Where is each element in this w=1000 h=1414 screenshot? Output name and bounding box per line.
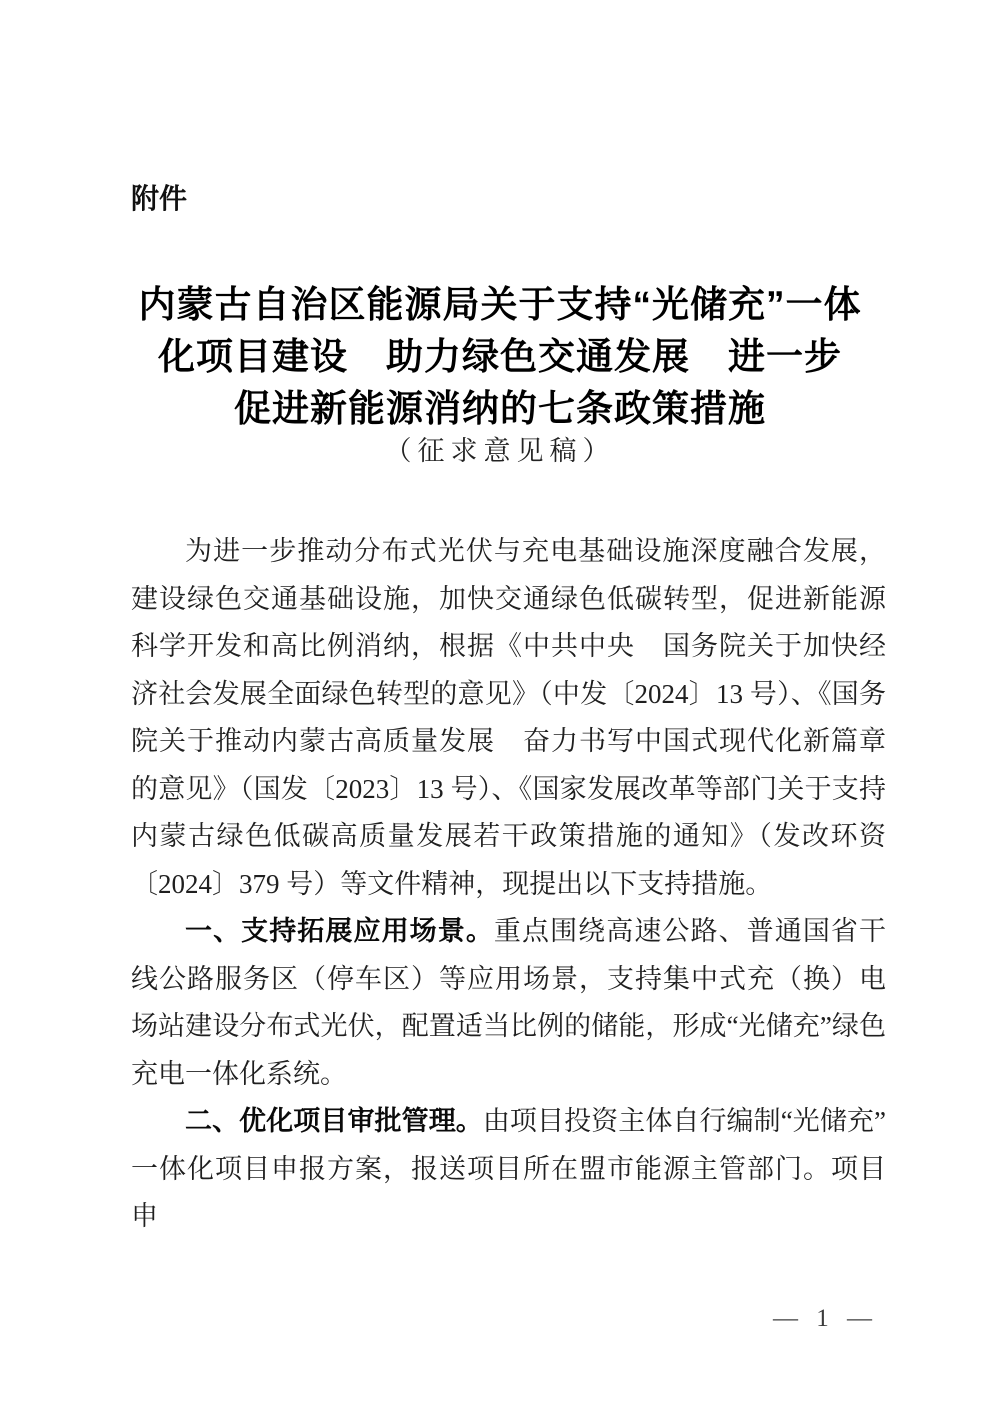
- title-line-3: 促进新能源消纳的七条政策措施: [60, 383, 940, 435]
- paragraph-item-2-lead: 二、优化项目审批管理。: [185, 1106, 483, 1136]
- page-number: — 1 —: [773, 1305, 878, 1333]
- title-line-1: 内蒙古自治区能源局关于支持“光储充”一体: [60, 279, 940, 331]
- document-body: 为进一步推动分布式光伏与充电基础设施深度融合发展，建设绿色交通基础设施，加快交通…: [131, 528, 886, 1241]
- paragraph-item-1: 一、支持拓展应用场景。重点围绕高速公路、普通国省干线公路服务区（停车区）等应用场…: [131, 908, 886, 1098]
- paragraph-intro: 为进一步推动分布式光伏与充电基础设施深度融合发展，建设绿色交通基础设施，加快交通…: [131, 528, 886, 908]
- attachment-label: 附件: [131, 183, 187, 215]
- paragraph-item-2: 二、优化项目审批管理。由项目投资主体自行编制“光储充”一体化项目申报方案，报送项…: [131, 1098, 886, 1241]
- document-page: 附件 内蒙古自治区能源局关于支持“光储充”一体 化项目建设 助力绿色交通发展 进…: [0, 0, 1000, 1414]
- paragraph-intro-text: 为进一步推动分布式光伏与充电基础设施深度融合发展，建设绿色交通基础设施，加快交通…: [131, 536, 886, 899]
- title-line-2: 化项目建设 助力绿色交通发展 进一步: [60, 331, 940, 383]
- document-title: 内蒙古自治区能源局关于支持“光储充”一体 化项目建设 助力绿色交通发展 进一步 …: [60, 279, 940, 435]
- document-subtitle: （征求意见稿）: [60, 434, 940, 468]
- paragraph-item-1-lead: 一、支持拓展应用场景。: [185, 916, 494, 946]
